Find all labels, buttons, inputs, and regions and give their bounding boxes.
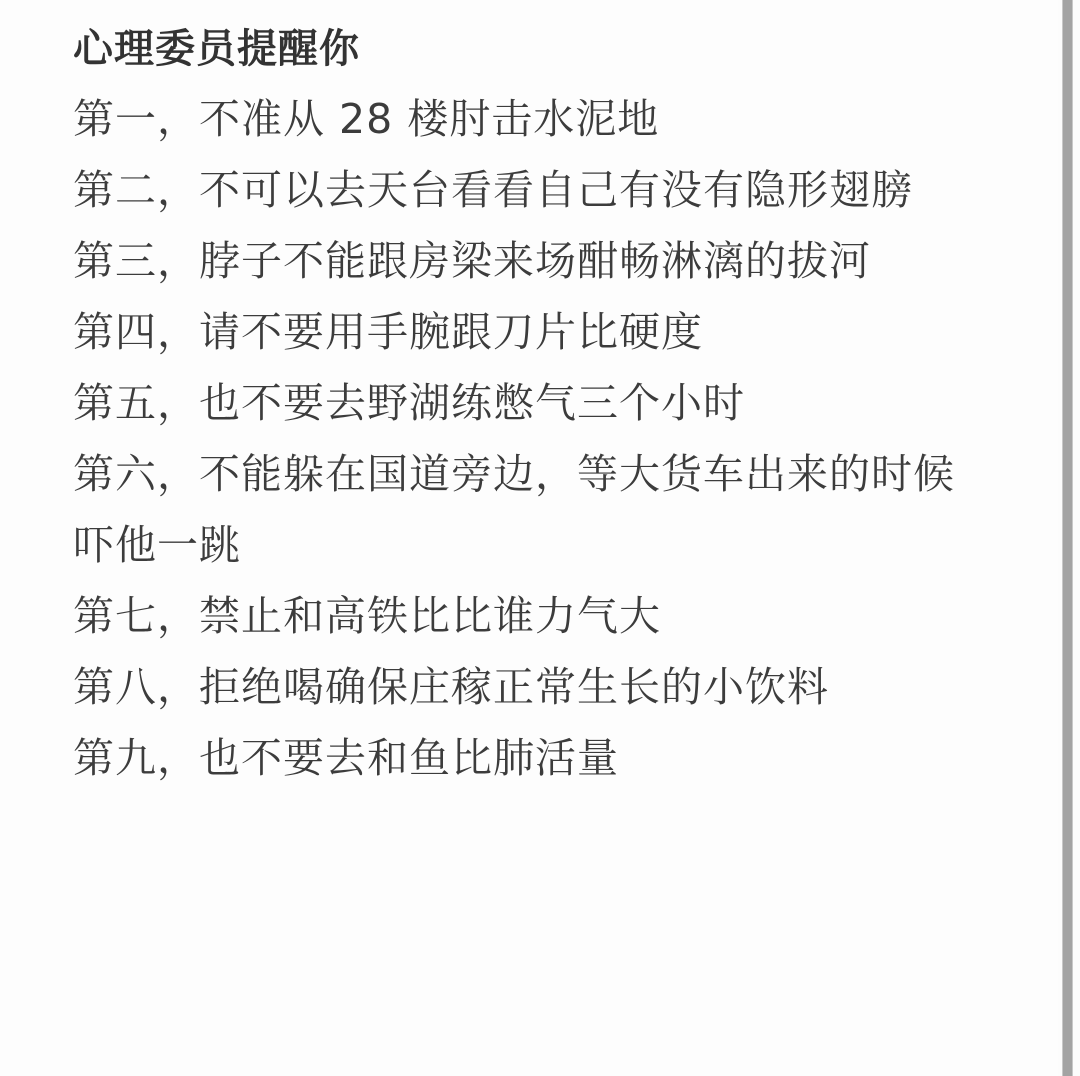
rule-line-5: 第五，也不要去野湖练憋气三个小时: [73, 368, 993, 439]
rule-line-3: 第三，脖子不能跟房梁来场酣畅淋漓的拔河: [73, 226, 993, 297]
document-title: 心理委员提醒你: [73, 14, 993, 84]
rule-line-4: 第四，请不要用手腕跟刀片比硬度: [73, 297, 993, 368]
rule-line-1: 第一，不准从 28 楼肘击水泥地: [73, 84, 993, 155]
rule-line-9: 第九，也不要去和鱼比肺活量: [73, 723, 993, 794]
document-body: 心理委员提醒你 第一，不准从 28 楼肘击水泥地 第二，不可以去天台看看自己有没…: [73, 14, 993, 794]
scrollbar-thumb[interactable]: [1062, 0, 1073, 1076]
rule-line-2: 第二，不可以去天台看看自己有没有隐形翅膀: [73, 155, 993, 226]
rule-line-7: 第七，禁止和高铁比比谁力气大: [73, 581, 993, 652]
rule-line-8: 第八，拒绝喝确保庄稼正常生长的小饮料: [73, 652, 993, 723]
rule-line-6: 第六，不能躲在国道旁边，等大货车出来的时候吓他一跳: [73, 439, 993, 581]
